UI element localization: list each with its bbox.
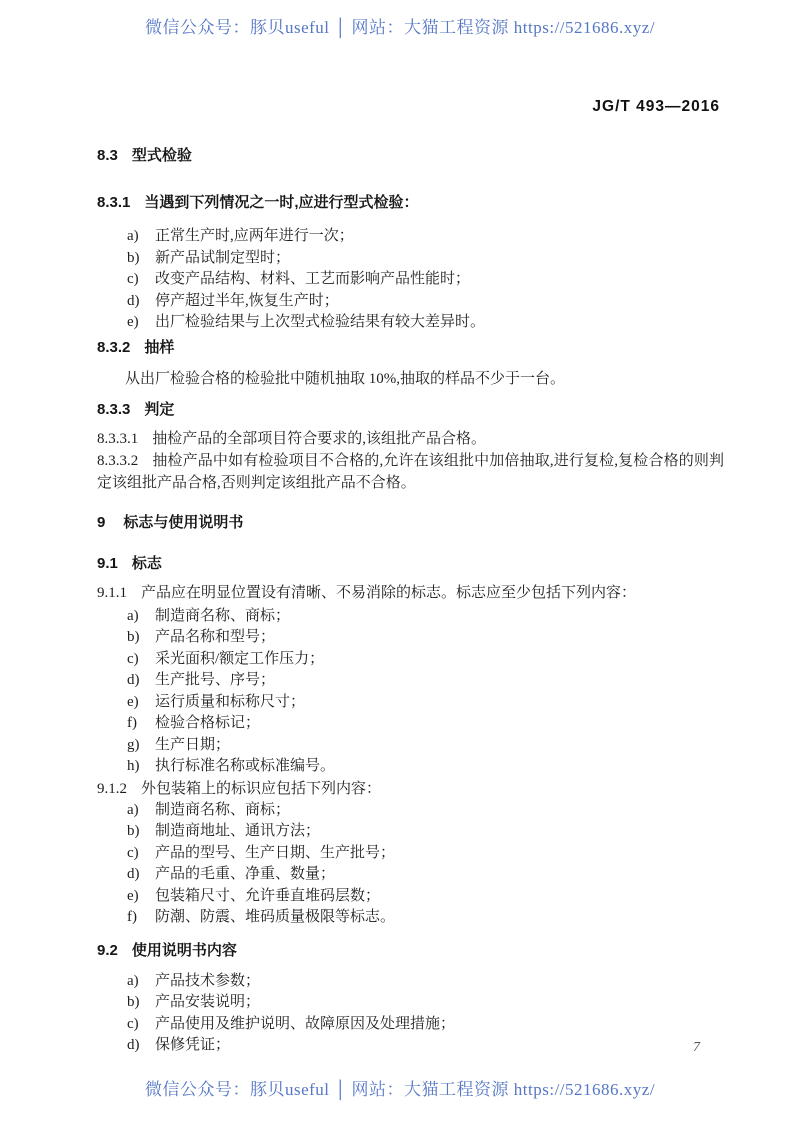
clause-number: 9.1.2 [97, 781, 127, 797]
list-item: f)防潮、防震、堆码质量极限等标志。 [97, 907, 724, 929]
list-item-text: 产品技术参数； [155, 973, 260, 989]
clause-text: 外包装箱上的标识应包括下列内容： [141, 781, 381, 797]
list-item: d)保修凭证； [97, 1035, 724, 1057]
clause-heading-8-3: 8.3型式检验 [97, 146, 724, 166]
list-item-text: 产品的毛重、净重、数量； [155, 866, 335, 882]
clause-title: 使用说明书内容 [132, 942, 237, 959]
list-item-label: d) [127, 864, 155, 886]
clause-number: 9.2 [97, 942, 118, 959]
list-item-text: 新产品试制定型时； [155, 250, 290, 266]
list-item-label: g) [127, 735, 155, 757]
clause-title: 抽样 [144, 339, 174, 356]
list-item-label: e) [127, 312, 155, 334]
clause-paragraph-8-3-3-1: 8.3.3.1抽检产品的全部项目符合要求的,该组批产品合格。 [97, 428, 724, 450]
list-item: e)运行质量和标称尺寸； [97, 692, 724, 714]
clause-text: 抽检产品中如有检验项目不合格的,允许在该组批中加倍抽取,进行复检,复检合格的则判… [97, 453, 724, 491]
list-item-text: 生产日期； [155, 737, 230, 753]
clause-paragraph-8-3-3-2: 8.3.3.2抽检产品中如有检验项目不合格的,允许在该组批中加倍抽取,进行复检,… [97, 450, 724, 494]
list-item-label: a) [127, 971, 155, 993]
list-item: a)正常生产时,应两年进行一次； [97, 226, 724, 248]
clause-title: 当遇到下列情况之一时,应进行型式检验： [144, 194, 418, 211]
list-item: a)产品技术参数； [97, 971, 724, 993]
list-item-label: e) [127, 886, 155, 908]
clause-heading-8-3-1: 8.3.1当遇到下列情况之一时,应进行型式检验： [97, 193, 724, 213]
list-item-label: b) [127, 821, 155, 843]
list-item-text: 产品使用及维护说明、故障原因及处理措施； [155, 1016, 455, 1032]
list-item: d)生产批号、序号； [97, 670, 724, 692]
clause-number: 8.3.3.2 [97, 453, 138, 469]
list-item: c)产品的型号、生产日期、生产批号； [97, 843, 724, 865]
list-item-label: d) [127, 291, 155, 313]
clause-list-9-1-2: a)制造商名称、商标； b)制造商地址、通讯方法； c)产品的型号、生产日期、生… [97, 800, 724, 929]
list-item-text: 出厂检验结果与上次型式检验结果有较大差异时。 [155, 314, 485, 330]
list-item-label: d) [127, 670, 155, 692]
list-item: e)包装箱尺寸、允许垂直堆码层数； [97, 886, 724, 908]
clause-heading-9-2: 9.2使用说明书内容 [97, 941, 724, 961]
clause-number: 8.3.3 [97, 401, 130, 418]
list-item-label: f) [127, 713, 155, 735]
list-item-text: 改变产品结构、材料、工艺而影响产品性能时； [155, 271, 470, 287]
list-item-text: 生产批号、序号； [155, 672, 275, 688]
clause-list-9-1-1: a)制造商名称、商标； b)产品名称和型号； c)采光面积/额定工作压力； d)… [97, 606, 724, 778]
clause-title: 标志与使用说明书 [123, 514, 243, 531]
clause-paragraph-8-3-2: 从出厂检验合格的检验批中随机抽取 10%,抽取的样品不少于一台。 [97, 368, 724, 390]
list-item-text: 执行标准名称或标准编号。 [155, 758, 335, 774]
list-item-label: f) [127, 907, 155, 929]
clause-number: 8.3 [97, 147, 118, 164]
list-item-label: a) [127, 226, 155, 248]
list-item-text: 产品的型号、生产日期、生产批号； [155, 845, 395, 861]
list-item-text: 采光面积/额定工作压力； [155, 651, 324, 667]
list-item-text: 运行质量和标称尺寸； [155, 694, 305, 710]
clause-heading-8-3-3: 8.3.3判定 [97, 400, 724, 420]
clause-number: 8.3.2 [97, 339, 130, 356]
clause-number: 8.3.1 [97, 194, 130, 211]
clause-heading-8-3-2: 8.3.2抽样 [97, 338, 724, 358]
clause-title: 判定 [144, 401, 174, 418]
list-item-label: e) [127, 692, 155, 714]
list-item-text: 制造商名称、商标； [155, 608, 290, 624]
list-item-text: 制造商地址、通讯方法； [155, 823, 320, 839]
list-item-text: 防潮、防震、堆码质量极限等标志。 [155, 909, 395, 925]
list-item-label: d) [127, 1035, 155, 1057]
clause-number: 8.3.3.1 [97, 431, 138, 447]
clause-title: 型式检验 [132, 147, 192, 164]
list-item-label: c) [127, 1014, 155, 1036]
list-item: a)制造商名称、商标； [97, 800, 724, 822]
clause-heading-9-1: 9.1标志 [97, 554, 724, 574]
list-item-text: 产品名称和型号； [155, 629, 275, 645]
list-item-text: 产品安装说明； [155, 994, 260, 1010]
list-item-label: c) [127, 269, 155, 291]
list-item-label: h) [127, 756, 155, 778]
clause-title: 标志 [132, 555, 162, 572]
list-item-label: a) [127, 800, 155, 822]
list-item-label: b) [127, 248, 155, 270]
doc-code: JG/T 493—2016 [592, 98, 720, 116]
list-item-text: 停产超过半年,恢复生产时； [155, 293, 339, 309]
watermark-header: 微信公众号：豚贝useful │ 网站：大猫工程资源 https://52168… [0, 13, 800, 38]
clause-number: 9.1 [97, 555, 118, 572]
list-item: c)采光面积/额定工作压力； [97, 649, 724, 671]
clause-text: 产品应在明显位置设有清晰、不易消除的标志。标志应至少包括下列内容： [141, 585, 636, 601]
clause-text: 抽检产品的全部项目符合要求的,该组批产品合格。 [152, 431, 486, 447]
clause-list-9-2: a)产品技术参数； b)产品安装说明； c)产品使用及维护说明、故障原因及处理措… [97, 971, 724, 1057]
list-item-text: 包装箱尺寸、允许垂直堆码层数； [155, 888, 380, 904]
list-item-label: a) [127, 606, 155, 628]
list-item-label: b) [127, 627, 155, 649]
list-item: f)检验合格标记； [97, 713, 724, 735]
page-number: 7 [693, 1040, 700, 1056]
list-item-text: 保修凭证； [155, 1037, 230, 1053]
list-item-label: b) [127, 992, 155, 1014]
clause-paragraph-9-1-1: 9.1.1产品应在明显位置设有清晰、不易消除的标志。标志应至少包括下列内容： [97, 582, 724, 604]
list-item-label: c) [127, 649, 155, 671]
list-item: b)新产品试制定型时； [97, 248, 724, 270]
list-item: b)制造商地址、通讯方法； [97, 821, 724, 843]
clause-list-8-3-1: a)正常生产时,应两年进行一次； b)新产品试制定型时； c)改变产品结构、材料… [97, 226, 724, 334]
list-item: a)制造商名称、商标； [97, 606, 724, 628]
list-item: b)产品名称和型号； [97, 627, 724, 649]
list-item: c)产品使用及维护说明、故障原因及处理措施； [97, 1014, 724, 1036]
clause-number: 9 [97, 514, 105, 531]
clause-number: 9.1.1 [97, 585, 127, 601]
list-item: h)执行标准名称或标准编号。 [97, 756, 724, 778]
list-item-text: 正常生产时,应两年进行一次； [155, 228, 354, 244]
list-item: d)停产超过半年,恢复生产时； [97, 291, 724, 313]
list-item-text: 检验合格标记； [155, 715, 260, 731]
clause-paragraph-9-1-2: 9.1.2外包装箱上的标识应包括下列内容： [97, 778, 724, 800]
document-body: 8.3型式检验 8.3.1当遇到下列情况之一时,应进行型式检验： a)正常生产时… [97, 146, 724, 1057]
clause-heading-9: 9标志与使用说明书 [97, 513, 724, 533]
list-item: d)产品的毛重、净重、数量； [97, 864, 724, 886]
list-item: g)生产日期； [97, 735, 724, 757]
list-item: e)出厂检验结果与上次型式检验结果有较大差异时。 [97, 312, 724, 334]
document-page: 微信公众号：豚贝useful │ 网站：大猫工程资源 https://52168… [0, 0, 800, 1129]
watermark-footer: 微信公众号：豚贝useful │ 网站：大猫工程资源 https://52168… [0, 1075, 800, 1100]
list-item: b)产品安装说明； [97, 992, 724, 1014]
list-item-label: c) [127, 843, 155, 865]
list-item-text: 制造商名称、商标； [155, 802, 290, 818]
list-item: c)改变产品结构、材料、工艺而影响产品性能时； [97, 269, 724, 291]
